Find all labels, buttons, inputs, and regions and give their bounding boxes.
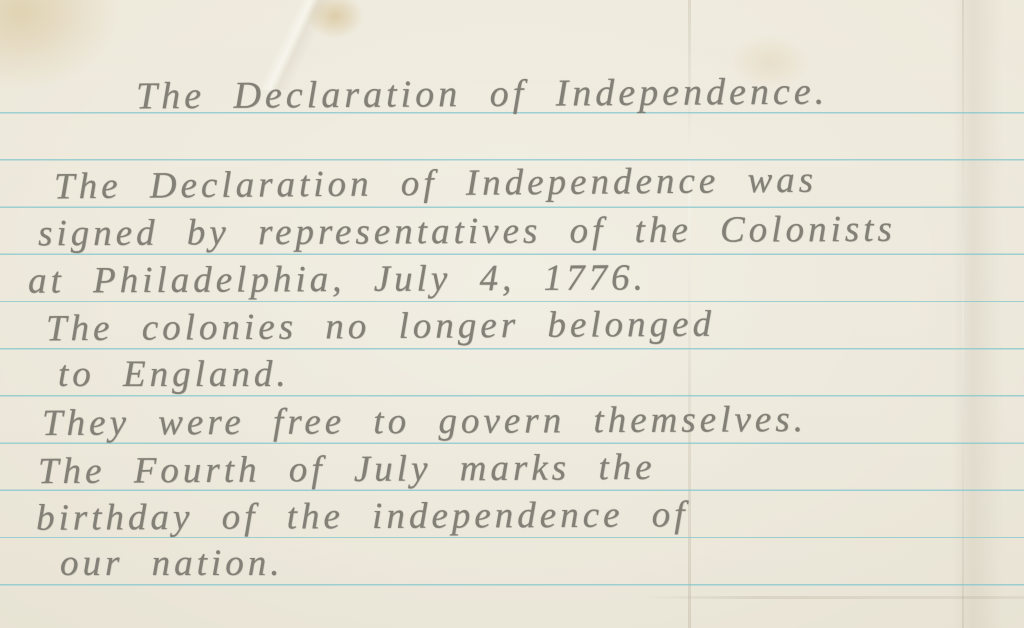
- handwritten-line: The Fourth of July marks the: [38, 446, 656, 493]
- fold-crease: [640, 596, 1024, 599]
- handwritten-line: The colonies no longer belonged: [46, 303, 715, 351]
- handwritten-line: The Declaration of Independence was: [54, 159, 817, 209]
- handwritten-line: our nation.: [60, 542, 283, 585]
- handwritten-line: birthday of the independence of: [36, 493, 689, 539]
- document-title: The Declaration of Independence.: [136, 70, 828, 119]
- paper: The Declaration of Independence. The Dec…: [0, 0, 1024, 628]
- handwritten-line: signed by representatives of the Colonis…: [38, 208, 896, 255]
- fold-crease: [962, 0, 964, 628]
- handwritten-line: to England.: [58, 353, 290, 396]
- handwritten-line: at Philadelphia, July 4, 1776.: [28, 256, 647, 302]
- handwritten-line: They were free to govern themselves.: [42, 398, 807, 445]
